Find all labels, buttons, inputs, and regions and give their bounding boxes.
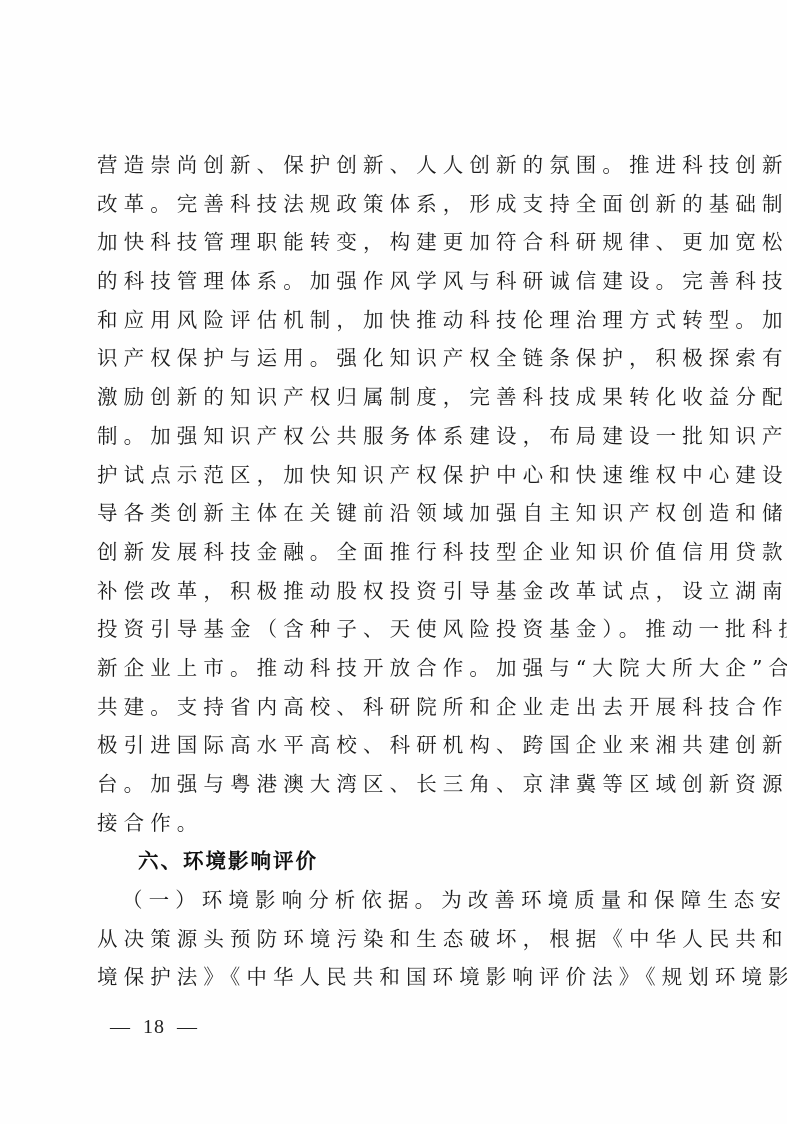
text-line: 从决策源头预防环境污染和生态破坏，根据《中华人民共和国环	[97, 920, 697, 959]
text-line: 补偿改革，积极推动股权投资引导基金改革试点，设立湖南天使	[97, 572, 697, 611]
text-line: 导各类创新主体在关键前沿领域加强自主知识产权创造和储备。	[97, 494, 697, 533]
section-heading: 六、环境影响评价	[97, 842, 697, 881]
text-line: （一）环境影响分析依据。为改善环境质量和保障生态安全，	[97, 881, 697, 920]
text-line: 投资引导基金（含种子、天使风险投资基金）。推动一批科技创	[97, 610, 697, 649]
document-body: 营造崇尚创新、保护创新、人人创新的氛围。推进科技创新体制 改革。完善科技法规政策…	[97, 146, 697, 997]
text-line: 境保护法》《中华人民共和国环境影响评价法》《规划环境影响评	[97, 958, 697, 997]
document-page: 营造崇尚创新、保护创新、人人创新的氛围。推进科技创新体制 改革。完善科技法规政策…	[0, 0, 787, 1124]
text-line: 护试点示范区，加快知识产权保护中心和快速维权中心建设，引	[97, 456, 697, 495]
text-line: 改革。完善科技法规政策体系，形成支持全面创新的基础制度。	[97, 185, 697, 224]
text-line: 台。加强与粤港澳大湾区、长三角、京津冀等区域创新资源的对	[97, 765, 697, 804]
text-line: 激励创新的知识产权归属制度，完善科技成果转化收益分配机	[97, 378, 697, 417]
text-line: 加快科技管理职能转变，构建更加符合科研规律、更加宽松自主	[97, 223, 697, 262]
text-line: 接合作。	[97, 804, 697, 843]
text-line: 识产权保护与运用。强化知识产权全链条保护，积极探索有利于	[97, 339, 697, 378]
text-line: 新企业上市。推动科技开放合作。加强与“大院大所大企”合作	[97, 649, 697, 688]
text-line: 营造崇尚创新、保护创新、人人创新的氛围。推进科技创新体制	[97, 146, 697, 185]
text-line: 的科技管理体系。加强作风学风与科研诚信建设。完善科技研发	[97, 262, 697, 301]
page-number: — 18 —	[110, 1016, 198, 1039]
text-line: 极引进国际高水平高校、科研机构、跨国企业来湘共建创新平	[97, 726, 697, 765]
text-line: 制。加强知识产权公共服务体系建设，布局建设一批知识产权保	[97, 417, 697, 456]
text-line: 创新发展科技金融。全面推行科技型企业知识价值信用贷款风险	[97, 533, 697, 572]
text-line: 和应用风险评估机制，加快推动科技伦理治理方式转型。加强知	[97, 301, 697, 340]
text-line: 共建。支持省内高校、科研院所和企业走出去开展科技合作，积	[97, 688, 697, 727]
